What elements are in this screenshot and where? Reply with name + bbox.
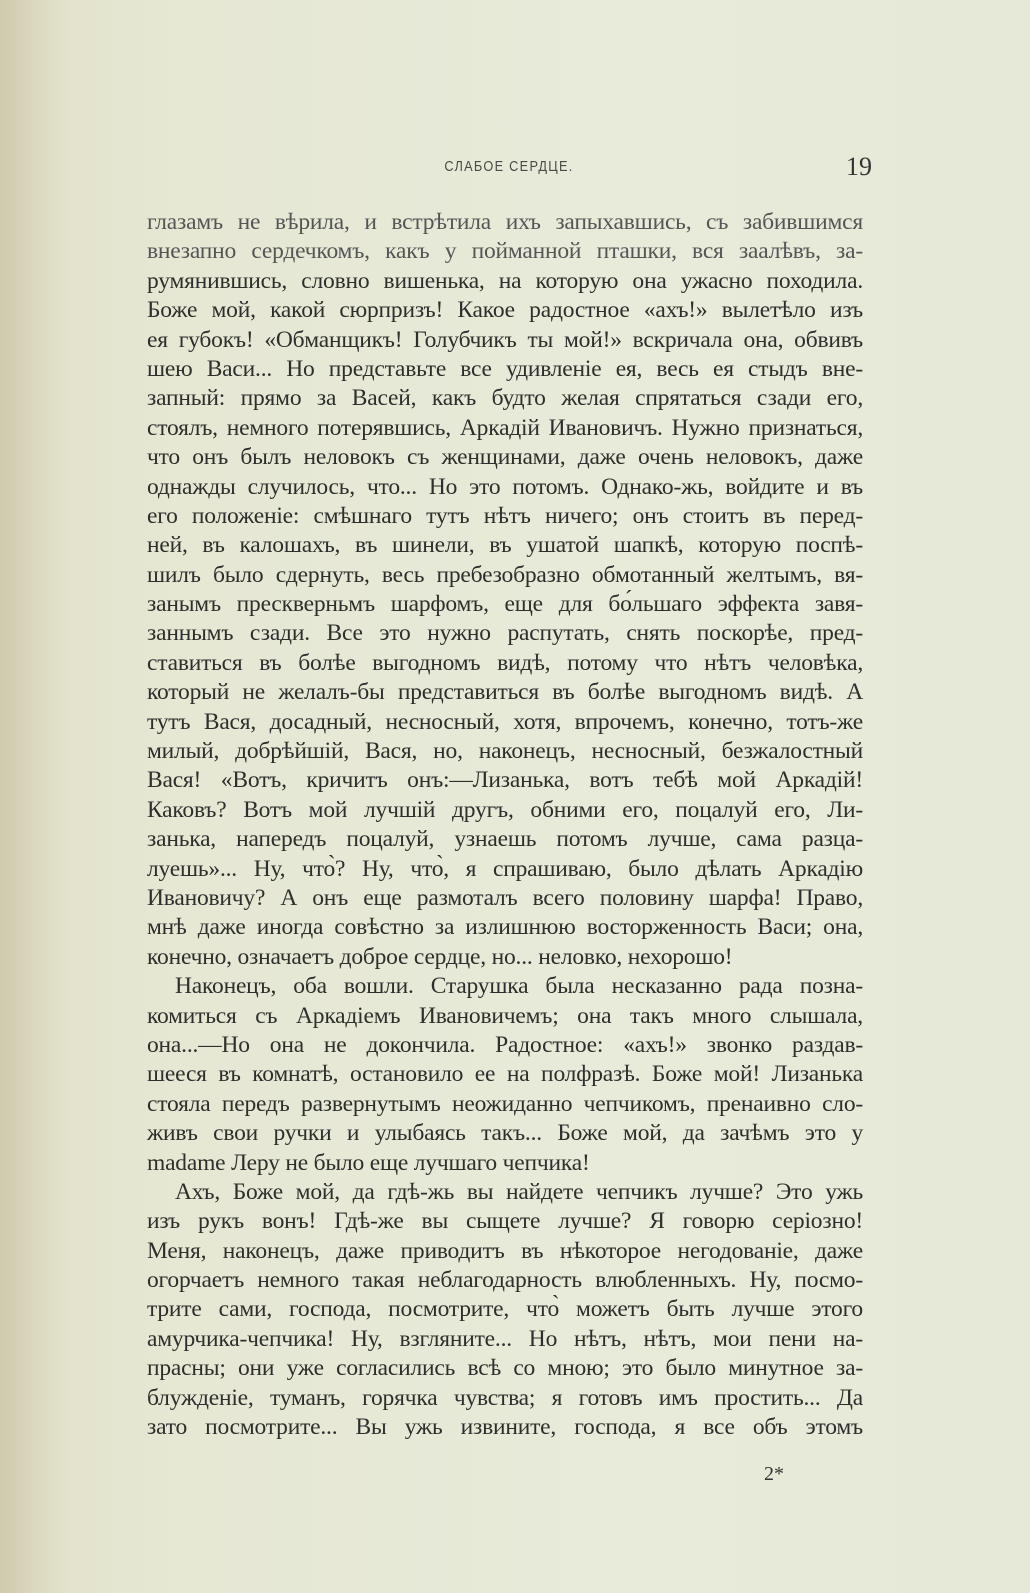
text-line: глазамъ не вѣрила, и встрѣтила ихъ запых… [147, 208, 863, 237]
text-line: стоялъ, немного потерявшись, Аркадій Ива… [147, 414, 863, 443]
text-line: однажды случилось, что... Но это потомъ.… [147, 473, 863, 502]
text-line: живъ свои ручки и улыбаясь такъ... Боже … [147, 1119, 863, 1148]
text-line: амурчика-чепчика! Ну, взгляните... Но нѣ… [147, 1325, 863, 1354]
spine-shadow [0, 0, 70, 1593]
text-line: огорчаетъ немного такая неблагодарность … [147, 1266, 863, 1295]
page-number: 19 [846, 152, 872, 182]
text-line: румянившись, словно вишенька, на которую… [147, 267, 863, 296]
signature-mark: 2* [764, 1463, 784, 1486]
text-line: изъ рукъ вонъ! Гдѣ-же вы сыщете лучше? Я… [147, 1207, 863, 1236]
text-line: зато посмотрите... Вы ужь извините, госп… [147, 1413, 863, 1442]
text-line: ея губокъ! «Обманщикъ! Голубчикъ ты мой!… [147, 326, 863, 355]
text-line: трите сами, господа, посмотрите, что̀ мо… [147, 1295, 863, 1324]
text-line: запный: прямо за Васей, какъ будто желая… [147, 384, 863, 413]
text-line: блужденіе, туманъ, горячка чувства; я го… [147, 1384, 863, 1413]
text-line: который не желалъ-бы представиться въ бо… [147, 678, 863, 707]
text-line: занымъ прескверньмъ шарфомъ, еще для бо́… [147, 590, 863, 619]
text-line: конечно, означаетъ доброе сердце, но... … [147, 943, 863, 972]
running-head: СЛАБОЕ СЕРДЦЕ. 19 [146, 152, 872, 182]
text-line: тутъ Вася, досадный, несносный, хотя, вп… [147, 708, 863, 737]
text-line: внезапно сердечкомъ, какъ у пойманной пт… [147, 237, 863, 266]
text-line: луешь»... Ну, что̀? Ну, что̀, я спрашива… [147, 855, 863, 884]
body-text: глазамъ не вѣрила, и встрѣтила ихъ запых… [147, 208, 863, 1442]
text-line: прасны; они уже согласились всѣ со мною;… [147, 1354, 863, 1383]
book-page: СЛАБОЕ СЕРДЦЕ. 19 глазамъ не вѣрила, и в… [0, 0, 1030, 1593]
text-line: madame Леру не было еще лучшаго чепчика! [147, 1149, 863, 1178]
text-line: комиться съ Аркадіемъ Ивановичемъ; она т… [147, 1002, 863, 1031]
text-line: его положеніе: смѣшнаго тутъ нѣтъ ничего… [147, 502, 863, 531]
text-line: Меня, наконецъ, даже приводитъ въ нѣкото… [147, 1237, 863, 1266]
text-line: Ивановичу? А онъ еще размоталъ всего пол… [147, 884, 863, 913]
text-line: мнѣ даже иногда совѣстно за излишнюю вос… [147, 913, 863, 942]
running-title: СЛАБОЕ СЕРДЦЕ. [200, 158, 817, 175]
text-line: стояла передъ развернутымъ неожиданно че… [147, 1090, 863, 1119]
text-line: шееся въ комнатѣ, остановило ее на полфр… [147, 1060, 863, 1089]
text-line: она...—Но она не докончила. Радостное: «… [147, 1031, 863, 1060]
text-line: занька, напередъ поцалуй, узнаешь потомъ… [147, 825, 863, 854]
text-line: что онъ былъ неловокъ съ женщинами, даже… [147, 443, 863, 472]
paragraph-start-line: Ахъ, Боже мой, да гдѣ-жь вы найдете чепч… [147, 1178, 863, 1207]
text-line: заннымъ сзади. Все это нужно распутать, … [147, 619, 863, 648]
text-line: ней, въ калошахъ, въ шинели, въ ушатой ш… [147, 531, 863, 560]
text-line: Боже мой, какой сюрпризъ! Какое радостно… [147, 296, 863, 325]
text-line: шею Васи... Но представьте все удивленіе… [147, 355, 863, 384]
text-line: шилъ было сдернуть, весь пребезобразно о… [147, 561, 863, 590]
text-line: Вася! «Вотъ, кричитъ онъ:—Лизанька, вотъ… [147, 766, 863, 795]
paragraph-start-line: Наконецъ, оба вошли. Старушка была неска… [147, 972, 863, 1001]
text-line: ставиться въ болѣе выгодномъ видѣ, потом… [147, 649, 863, 678]
text-line: Каковъ? Вотъ мой лучшій другъ, обними ег… [147, 796, 863, 825]
text-line: милый, добрѣйшій, Вася, но, наконецъ, не… [147, 737, 863, 766]
